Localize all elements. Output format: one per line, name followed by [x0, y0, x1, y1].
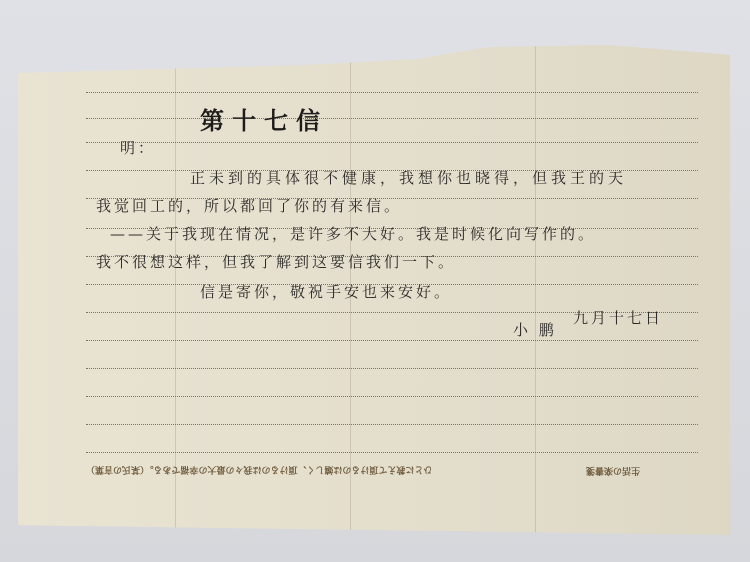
letter-line-2: 我觉回工的，所以都回了你的有来信。	[96, 195, 402, 216]
letter-line-4: 我不很想这样，但我了解到这要信我们一下。	[96, 251, 456, 272]
ruled-line	[86, 424, 698, 425]
letter-line-3: ——关于我现在情况，是许多不大好。我是时候化向写作的。	[110, 223, 596, 244]
letter-signature: 小 鹏	[513, 319, 557, 340]
letter-line-5: 信是寄你，敬祝手安也来安好。	[200, 281, 452, 302]
ruled-line	[86, 118, 698, 119]
ruled-line	[86, 396, 698, 397]
ruled-line	[86, 368, 698, 369]
letter-paper: 第十七信 明： 正未到的具体很不健康，我想你也晓得，但我王的天 我觉回工的，所以…	[18, 45, 730, 535]
footer-brand: 生活の楽書箋	[586, 465, 640, 478]
letter-date: 九月十七日	[573, 307, 663, 328]
ruled-line	[86, 92, 698, 93]
ruled-line	[86, 452, 698, 453]
ruled-line	[86, 142, 698, 143]
ruled-line	[86, 340, 698, 341]
footer-caption: ひとに教えて頂けるのは嬉しく、頂けるのは我々の最大の幸福である。（某氏の言葉）	[86, 464, 432, 477]
letter-line-1: 正未到的具体很不健康，我想你也晓得，但我王的天	[190, 167, 627, 188]
letter-salutation: 明：	[120, 137, 156, 158]
letter-title: 第十七信	[200, 101, 328, 136]
